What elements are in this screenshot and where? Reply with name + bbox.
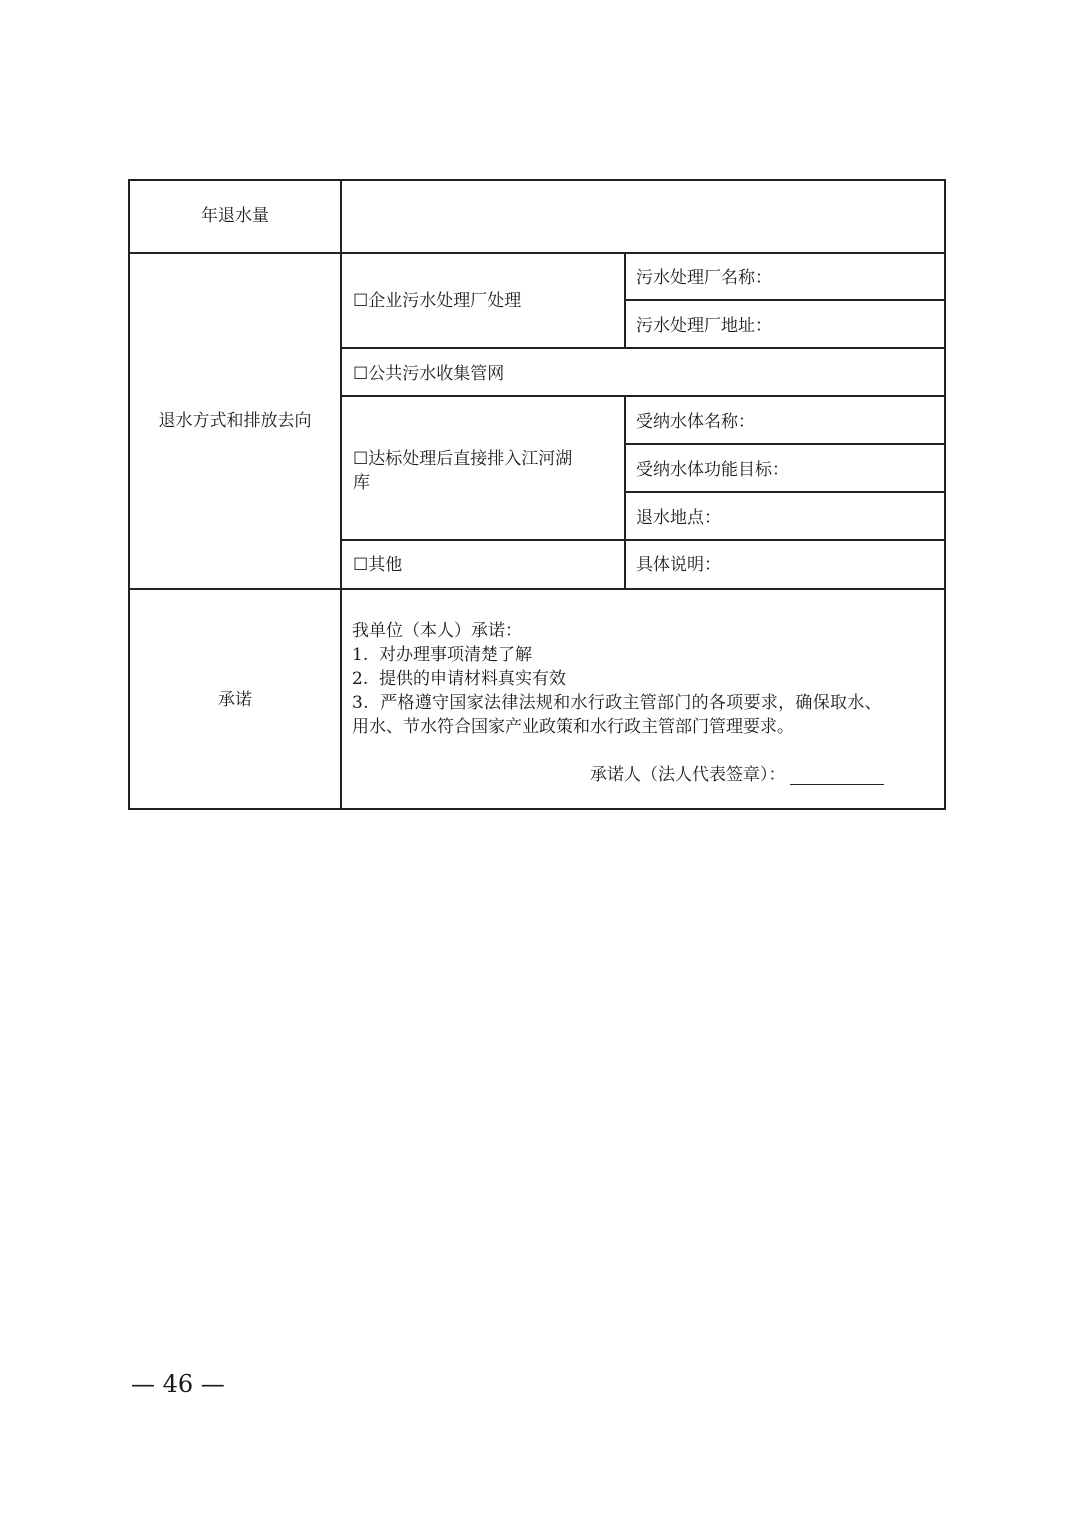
column-divider <box>340 179 342 810</box>
signature-label: 承诺人（法人代表签章）： <box>590 765 786 785</box>
commitment-text: 我单位（本人）承诺： 1. 对办理事项清楚了解 2. 提供的申请材料真实有效 3… <box>352 619 937 739</box>
commitment-intro: 我单位（本人）承诺： <box>352 619 937 643</box>
row-divider <box>128 252 946 254</box>
option-direct-discharge[interactable]: ☐达标处理后直接排入江河湖 库 <box>353 447 572 495</box>
table-border <box>944 179 946 810</box>
option-label: 达标处理后直接排入江河湖 <box>368 449 572 469</box>
option-label: 公共污水收集管网 <box>368 364 504 384</box>
table-border <box>128 179 946 181</box>
commitment-item: 2. 提供的申请材料真实有效 <box>352 667 937 691</box>
commitment-label: 承诺 <box>130 689 340 711</box>
signature-blank[interactable] <box>790 768 884 785</box>
discharge-location-field[interactable]: 退水地点： <box>636 507 721 529</box>
row-divider <box>340 395 946 397</box>
receiving-water-name-field[interactable]: 受纳水体名称： <box>636 411 755 433</box>
annual-discharge-label: 年退水量 <box>130 205 340 227</box>
row-divider <box>340 347 946 349</box>
row-divider <box>624 491 946 493</box>
commitment-item: 用水、节水符合国家产业政策和水行政主管部门管理要求。 <box>352 715 937 739</box>
commitment-item: 1. 对办理事项清楚了解 <box>352 643 937 667</box>
discharge-method-label: 退水方式和排放去向 <box>130 410 340 432</box>
annual-discharge-field[interactable] <box>345 190 940 245</box>
commitment-item: 3. 严格遵守国家法律法规和水行政主管部门的各项要求，确保取水、 <box>352 691 937 715</box>
signature-line: 承诺人（法人代表签章）： <box>590 760 884 785</box>
option-public-sewer[interactable]: ☐公共污水收集管网 <box>353 363 504 385</box>
other-description-field[interactable]: 具体说明： <box>636 554 721 576</box>
row-divider <box>340 539 946 541</box>
row-divider <box>624 299 946 301</box>
row-divider <box>624 443 946 445</box>
option-label: 其他 <box>368 555 402 575</box>
row-divider <box>128 588 946 590</box>
checkbox-icon[interactable]: ☐ <box>353 449 368 469</box>
receiving-water-target-field[interactable]: 受纳水体功能目标： <box>636 459 789 481</box>
option-label: 企业污水处理厂处理 <box>368 291 521 311</box>
option-other[interactable]: ☐其他 <box>353 554 402 576</box>
checkbox-icon[interactable]: ☐ <box>353 555 368 575</box>
page-number: — 46 — <box>131 1370 225 1398</box>
checkbox-icon[interactable]: ☐ <box>353 364 368 384</box>
table-border <box>128 179 130 810</box>
plant-address-field[interactable]: 污水处理厂地址： <box>636 315 772 337</box>
plant-name-field[interactable]: 污水处理厂名称： <box>636 267 772 289</box>
option-label-cont: 库 <box>353 471 572 495</box>
checkbox-icon[interactable]: ☐ <box>353 291 368 311</box>
table-border <box>128 808 946 810</box>
option-enterprise-treatment[interactable]: ☐企业污水处理厂处理 <box>353 290 521 312</box>
